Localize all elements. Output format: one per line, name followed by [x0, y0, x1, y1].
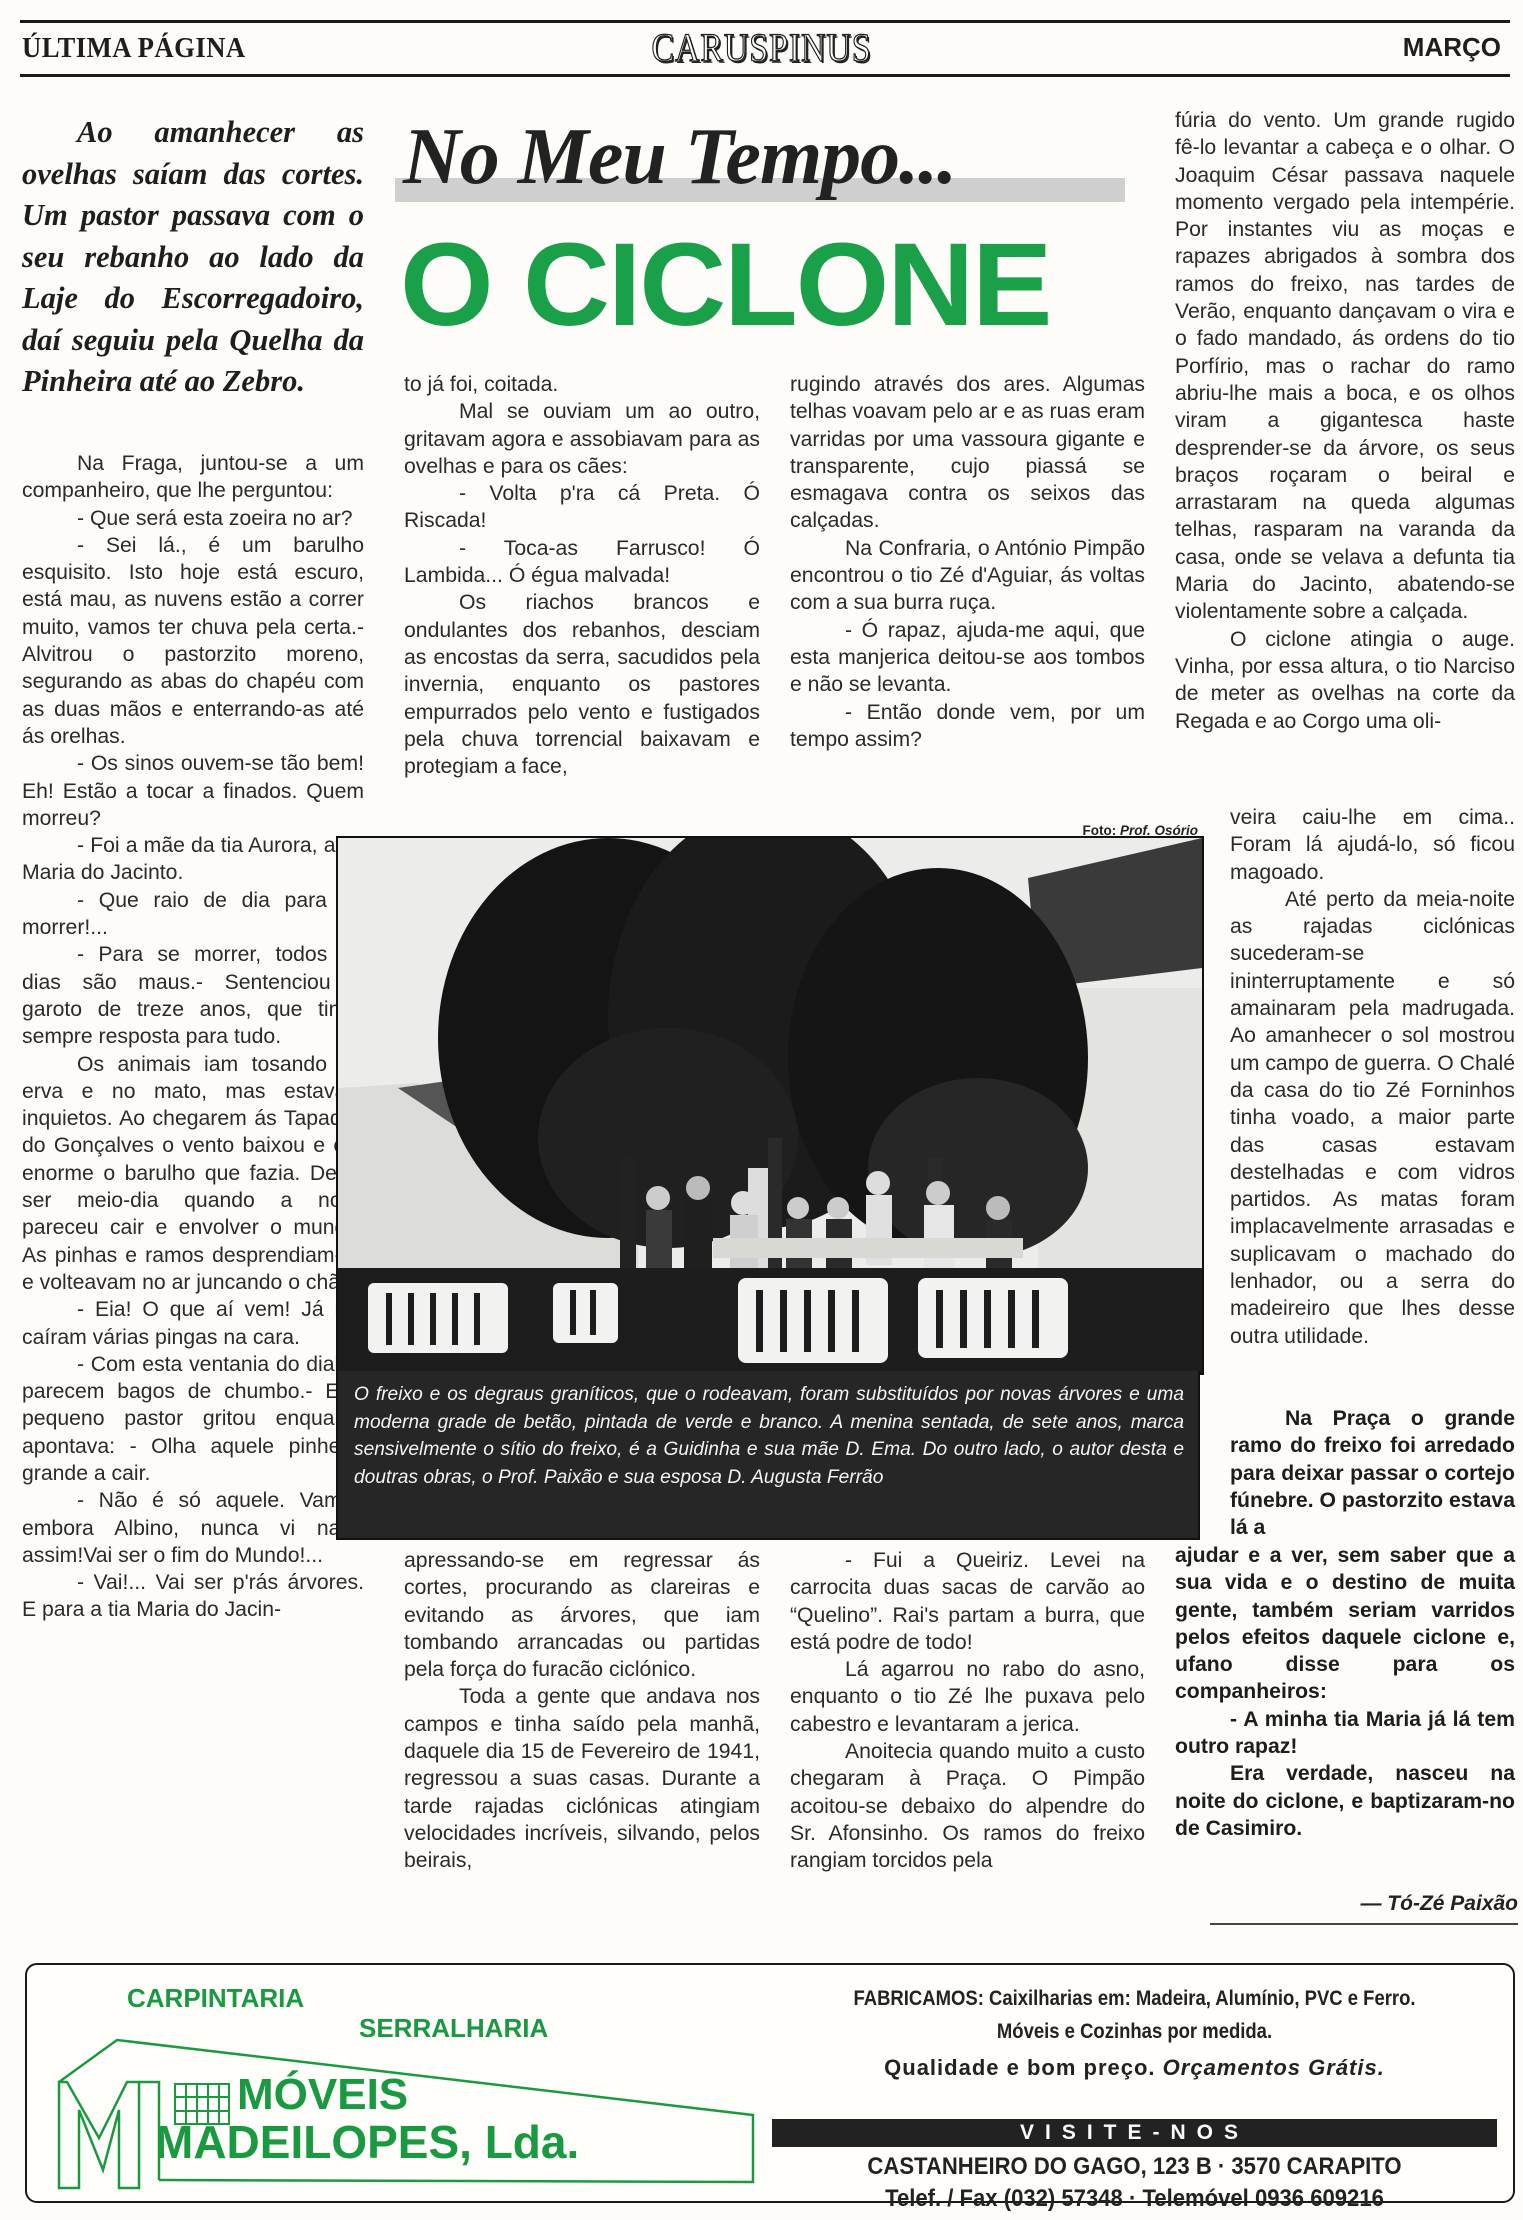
article-headline: O CICLONE — [400, 225, 1145, 345]
paragraph: - Ó rapaz, ajuda-me aqui, que esta manje… — [790, 617, 1145, 699]
ad-carpintaria: CARPINTARIA — [127, 1983, 304, 2014]
ad-serralharia: SERRALHARIA — [359, 2013, 548, 2044]
paragraph: Na Confraria, o António Pimpão encontrou… — [790, 535, 1145, 617]
ad-bullet: · — [1129, 2185, 1142, 2212]
paragraph: fúria do vento. Um grande rugido fê-lo l… — [1175, 107, 1515, 626]
ad-fabricamos-text: Caixilharias em: Madeira, Alumínio, PVC … — [989, 1987, 1416, 2010]
paragraph: - Então donde vem, por um tempo assim? — [790, 699, 1145, 754]
ad-quote-text: Orçamentos Grátis. — [1163, 2055, 1385, 2080]
article-kicker: No Meu Tempo... — [395, 112, 1125, 184]
paragraph: - Eia! O que aí vem! Já me caíram várias… — [22, 1296, 364, 1351]
article-column-2-bottom: apressando-se em regressar ás cortes, pr… — [404, 1547, 760, 1875]
advertisement-madeilopes: CARPINTARIA SERRALHARIA MÓVEIS MADEILOPE… — [25, 1963, 1515, 2203]
article-column-4-top: fúria do vento. Um grande rugido fê-lo l… — [1175, 107, 1515, 735]
signature-rule — [1210, 1923, 1518, 1925]
paragraph: Os riachos brancos e ondulantes dos reba… — [404, 589, 760, 780]
paragraph: - A minha tia Maria já lá tem outro rapa… — [1175, 1706, 1515, 1761]
paragraph: apressando-se em regressar ás cortes, pr… — [404, 1547, 760, 1683]
article-column-2-top: to já foi, coitada.Mal se ouviam um ao o… — [404, 371, 760, 780]
paragraph: Na Praça o grande ramo do freixo foi arr… — [1230, 1405, 1515, 1541]
paragraph: - Toca-as Farrusco! Ó Lambida... Ó égua … — [404, 535, 760, 590]
photo-trees-scene — [338, 838, 1202, 1373]
paragraph: - Fui a Queiriz. Levei na carrocita duas… — [790, 1547, 1145, 1656]
paragraph: - Vai!... Vai ser p'rás árvores. E para … — [22, 1569, 364, 1624]
ad-fabricamos: FABRICAMOS: Caixilharias em: Madeira, Al… — [816, 1987, 1454, 2011]
paragraph: Lá agarrou no rabo do asno, enquanto o t… — [790, 1656, 1145, 1738]
paragraph: Os animais iam tosando na erva e no mato… — [22, 1051, 364, 1297]
ad-phone: Telef. / Fax (032) 57348 — [885, 2185, 1123, 2212]
article-column-4-bold: ajudar e a ver, sem saber que a sua vida… — [1175, 1542, 1515, 1842]
paragraph: - Que será esta zoeira no ar? — [22, 505, 364, 532]
ad-phone-line: Telef. / Fax (032) 57348 · Telemóvel 093… — [801, 2185, 1468, 2213]
paragraph: - Que raio de dia para se morrer!... — [22, 887, 364, 942]
paragraph: to já foi, coitada. — [404, 371, 760, 398]
paragraph: ajudar e a ver, sem saber que a sua vida… — [1175, 1542, 1515, 1706]
paragraph: Era verdade, nasceu na noite do ciclone,… — [1175, 1760, 1515, 1842]
photo-caption: O freixo e os degraus graníticos, que o … — [336, 1371, 1200, 1540]
ad-address-line: CASTANHEIRO DO GAGO, 123 B · 3570 CARAPI… — [801, 2153, 1468, 2181]
article-column-4-wrap: veira caiu-lhe em cima.. Foram lá ajudá-… — [1230, 804, 1515, 1350]
lead-text: Ao amanhecer as ovelhas saíam das cortes… — [22, 112, 364, 403]
paragraph: - Foi a mãe da tia Aurora, a tia Maria d… — [22, 832, 364, 887]
paragraph: - Não é só aquele. Vamos embora Albino, … — [22, 1487, 364, 1569]
ad-visit-banner: VISITE-NOS — [772, 2119, 1497, 2147]
paragraph: veira caiu-lhe em cima.. Foram lá ajudá-… — [1230, 804, 1515, 886]
ad-bullet: · — [1218, 2153, 1231, 2180]
paragraph: Mal se ouviam um ao outro, gritavam agor… — [404, 398, 760, 480]
paragraph: - Com esta ventania do diabo, parecem ba… — [22, 1351, 364, 1487]
paragraph: Na Fraga, juntou-se a um companheiro, qu… — [22, 450, 364, 505]
article-column-3-bottom: - Fui a Queiriz. Levei na carrocita duas… — [790, 1547, 1145, 1875]
article-column-4-bold-wrap: Na Praça o grande ramo do freixo foi arr… — [1230, 1405, 1515, 1541]
author-signature: — Tó-Zé Paixão — [1160, 1892, 1518, 1916]
paragraph: - Para se morrer, todos os dias são maus… — [22, 941, 364, 1050]
ad-quality-text: Qualidade e bom preço. — [884, 2055, 1155, 2080]
paragraph: - Sei lá., é um barulho esquisito. Isto … — [22, 532, 364, 750]
paragraph: rugindo através dos ares. Algumas telhas… — [790, 371, 1145, 535]
masthead-top-rule — [20, 20, 1510, 23]
ad-address: CASTANHEIRO DO GAGO, 123 B — [867, 2153, 1211, 2180]
ad-fabricamos-label: FABRICAMOS: — [853, 1987, 983, 2010]
paragraph: Até perto da meia-noite as rajadas cicló… — [1230, 886, 1515, 1350]
article-column-3-top: rugindo através dos ares. Algumas telhas… — [790, 371, 1145, 753]
ad-company-name: MADEILOPES, Lda. — [155, 2117, 579, 2167]
issue-month: MARÇO — [1403, 32, 1501, 63]
masthead-bottom-rule — [20, 74, 1510, 77]
article-lead: Ao amanhecer as ovelhas saíam das cortes… — [22, 112, 364, 403]
publication-title: CARUSPINUS — [114, 24, 1409, 71]
paragraph: Toda a gente que andava nos campos e tin… — [404, 1683, 760, 1874]
article-photo — [336, 836, 1204, 1375]
ad-mobile: Telemóvel 0936 609216 — [1142, 2185, 1383, 2212]
ad-quality: Qualidade e bom preço. Orçamentos Grátis… — [772, 2055, 1497, 2081]
paragraph: - Volta p'ra cá Preta. Ó Riscada! — [404, 480, 760, 535]
paragraph: O ciclone atingia o auge. Vinha, por ess… — [1175, 626, 1515, 735]
article-column-1: Na Fraga, juntou-se a um companheiro, qu… — [22, 450, 364, 1624]
paragraph: - Os sinos ouvem-se tão bem! Eh! Estão a… — [22, 750, 364, 832]
ad-moveis: MÓVEIS — [237, 2071, 408, 2119]
ad-postcode: 3570 CARAPITO — [1231, 2153, 1401, 2180]
paragraph: Anoitecia quando muito a custo chegaram … — [790, 1738, 1145, 1874]
ad-moveis-cozinhas: Móveis e Cozinhas por medida. — [816, 2020, 1454, 2044]
kicker-text: No Meu Tempo... — [403, 112, 956, 202]
